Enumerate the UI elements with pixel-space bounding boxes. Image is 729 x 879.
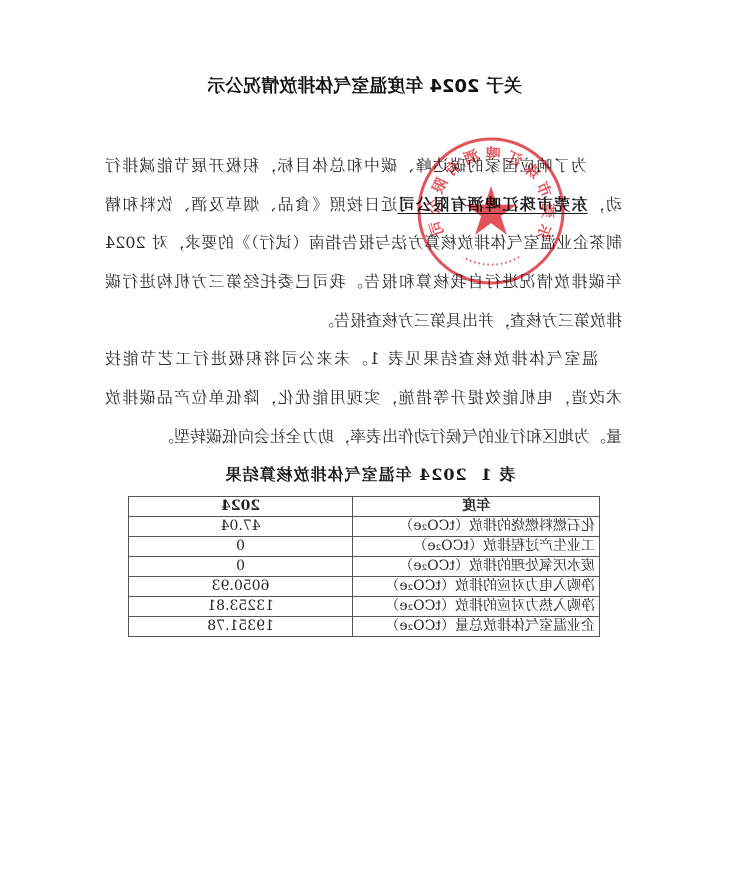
text-line: 温室气体排放核查结果见表 1。未来公司将积极进行工艺节能技 [105, 340, 622, 379]
company-name: 东莞市珠江啤酒有限公司 [397, 195, 587, 214]
row-label: 工业生产过程排放（tCO₂e） [353, 537, 600, 557]
text-line: 制茶企业温室气体排放核算方法与报告指南（试行）》的要求，对 2024 [105, 224, 622, 263]
document-title: 关于 2024 年度温室气体排放情况公示 [0, 75, 729, 99]
text-line: 排放第三方核查，并出具第三方核查报告。 [105, 302, 622, 341]
text-segment: 近日按照《食品、烟草及酒、饮料和精 [105, 195, 397, 214]
row-value: 0 [129, 557, 353, 577]
table-row-total: 企业温室气体排放总量（tCO₂e） 19351.78 [129, 617, 600, 637]
table-row: 净购入热力对应的排放（tCO₂e） 13253.81 [129, 597, 600, 617]
document-page: 关于 2024 年度温室气体排放情况公示 为了响应国家的碳达峰、碳中和总体目标，… [0, 0, 729, 879]
table-row: 净购入电力对应的排放（tCO₂e） 6050.93 [129, 577, 600, 597]
table-caption: 表 1 2024 年温室气体排放核算结果 [11, 464, 729, 486]
row-value: 19351.78 [129, 617, 353, 637]
row-label: 净购入热力对应的排放（tCO₂e） [353, 597, 600, 617]
table-row: 工业生产过程排放（tCO₂e） 0 [129, 537, 600, 557]
row-value: 47.04 [129, 517, 353, 537]
row-value: 0 [129, 537, 353, 557]
header-year-label: 年度 [353, 497, 600, 517]
row-value: 6050.93 [129, 577, 353, 597]
table-row: 废水厌氧处理的排放（tCO₂e） 0 [129, 557, 600, 577]
text-line: 量。为地区和行业的气候行动作出表率，助力全社会向低碳转型。 [105, 418, 622, 457]
row-label: 企业温室气体排放总量（tCO₂e） [353, 617, 600, 637]
header-year-value: 2024 [129, 497, 353, 517]
row-label: 废水厌氧处理的排放（tCO₂e） [353, 557, 600, 577]
paragraph: 温室气体排放核查结果见表 1。未来公司将积极进行工艺节能技 术改造，电机能效提升… [105, 340, 622, 456]
text-line: 动，东莞市珠江啤酒有限公司近日按照《食品、烟草及酒、饮料和精 [105, 186, 622, 225]
text-segment: 动， [587, 195, 622, 214]
text-line: 术改造，电机能效提升等措施，实现用能优化，降低单位产品碳排放 [105, 379, 622, 418]
row-label: 净购入电力对应的排放（tCO₂e） [353, 577, 600, 597]
table-header-row: 年度 2024 [129, 497, 600, 517]
row-label: 化石燃料燃烧的排放（tCO₂e） [353, 517, 600, 537]
row-value: 13253.81 [129, 597, 353, 617]
emissions-table: 年度 2024 化石燃料燃烧的排放（tCO₂e） 47.04 工业生产过程排放（… [128, 496, 600, 637]
paragraph: 为了响应国家的碳达峰、碳中和总体目标，积极开展节能减排行 动，东莞市珠江啤酒有限… [105, 147, 622, 340]
table-row: 化石燃料燃烧的排放（tCO₂e） 47.04 [129, 517, 600, 537]
text-line: 年碳排放情况进行自我核算和报告。我司已委托经第三方机构进行碳 [105, 263, 622, 302]
document-body: 为了响应国家的碳达峰、碳中和总体目标，积极开展节能减排行 动，东莞市珠江啤酒有限… [105, 147, 622, 457]
text-line: 为了响应国家的碳达峰、碳中和总体目标，积极开展节能减排行 [105, 147, 622, 186]
